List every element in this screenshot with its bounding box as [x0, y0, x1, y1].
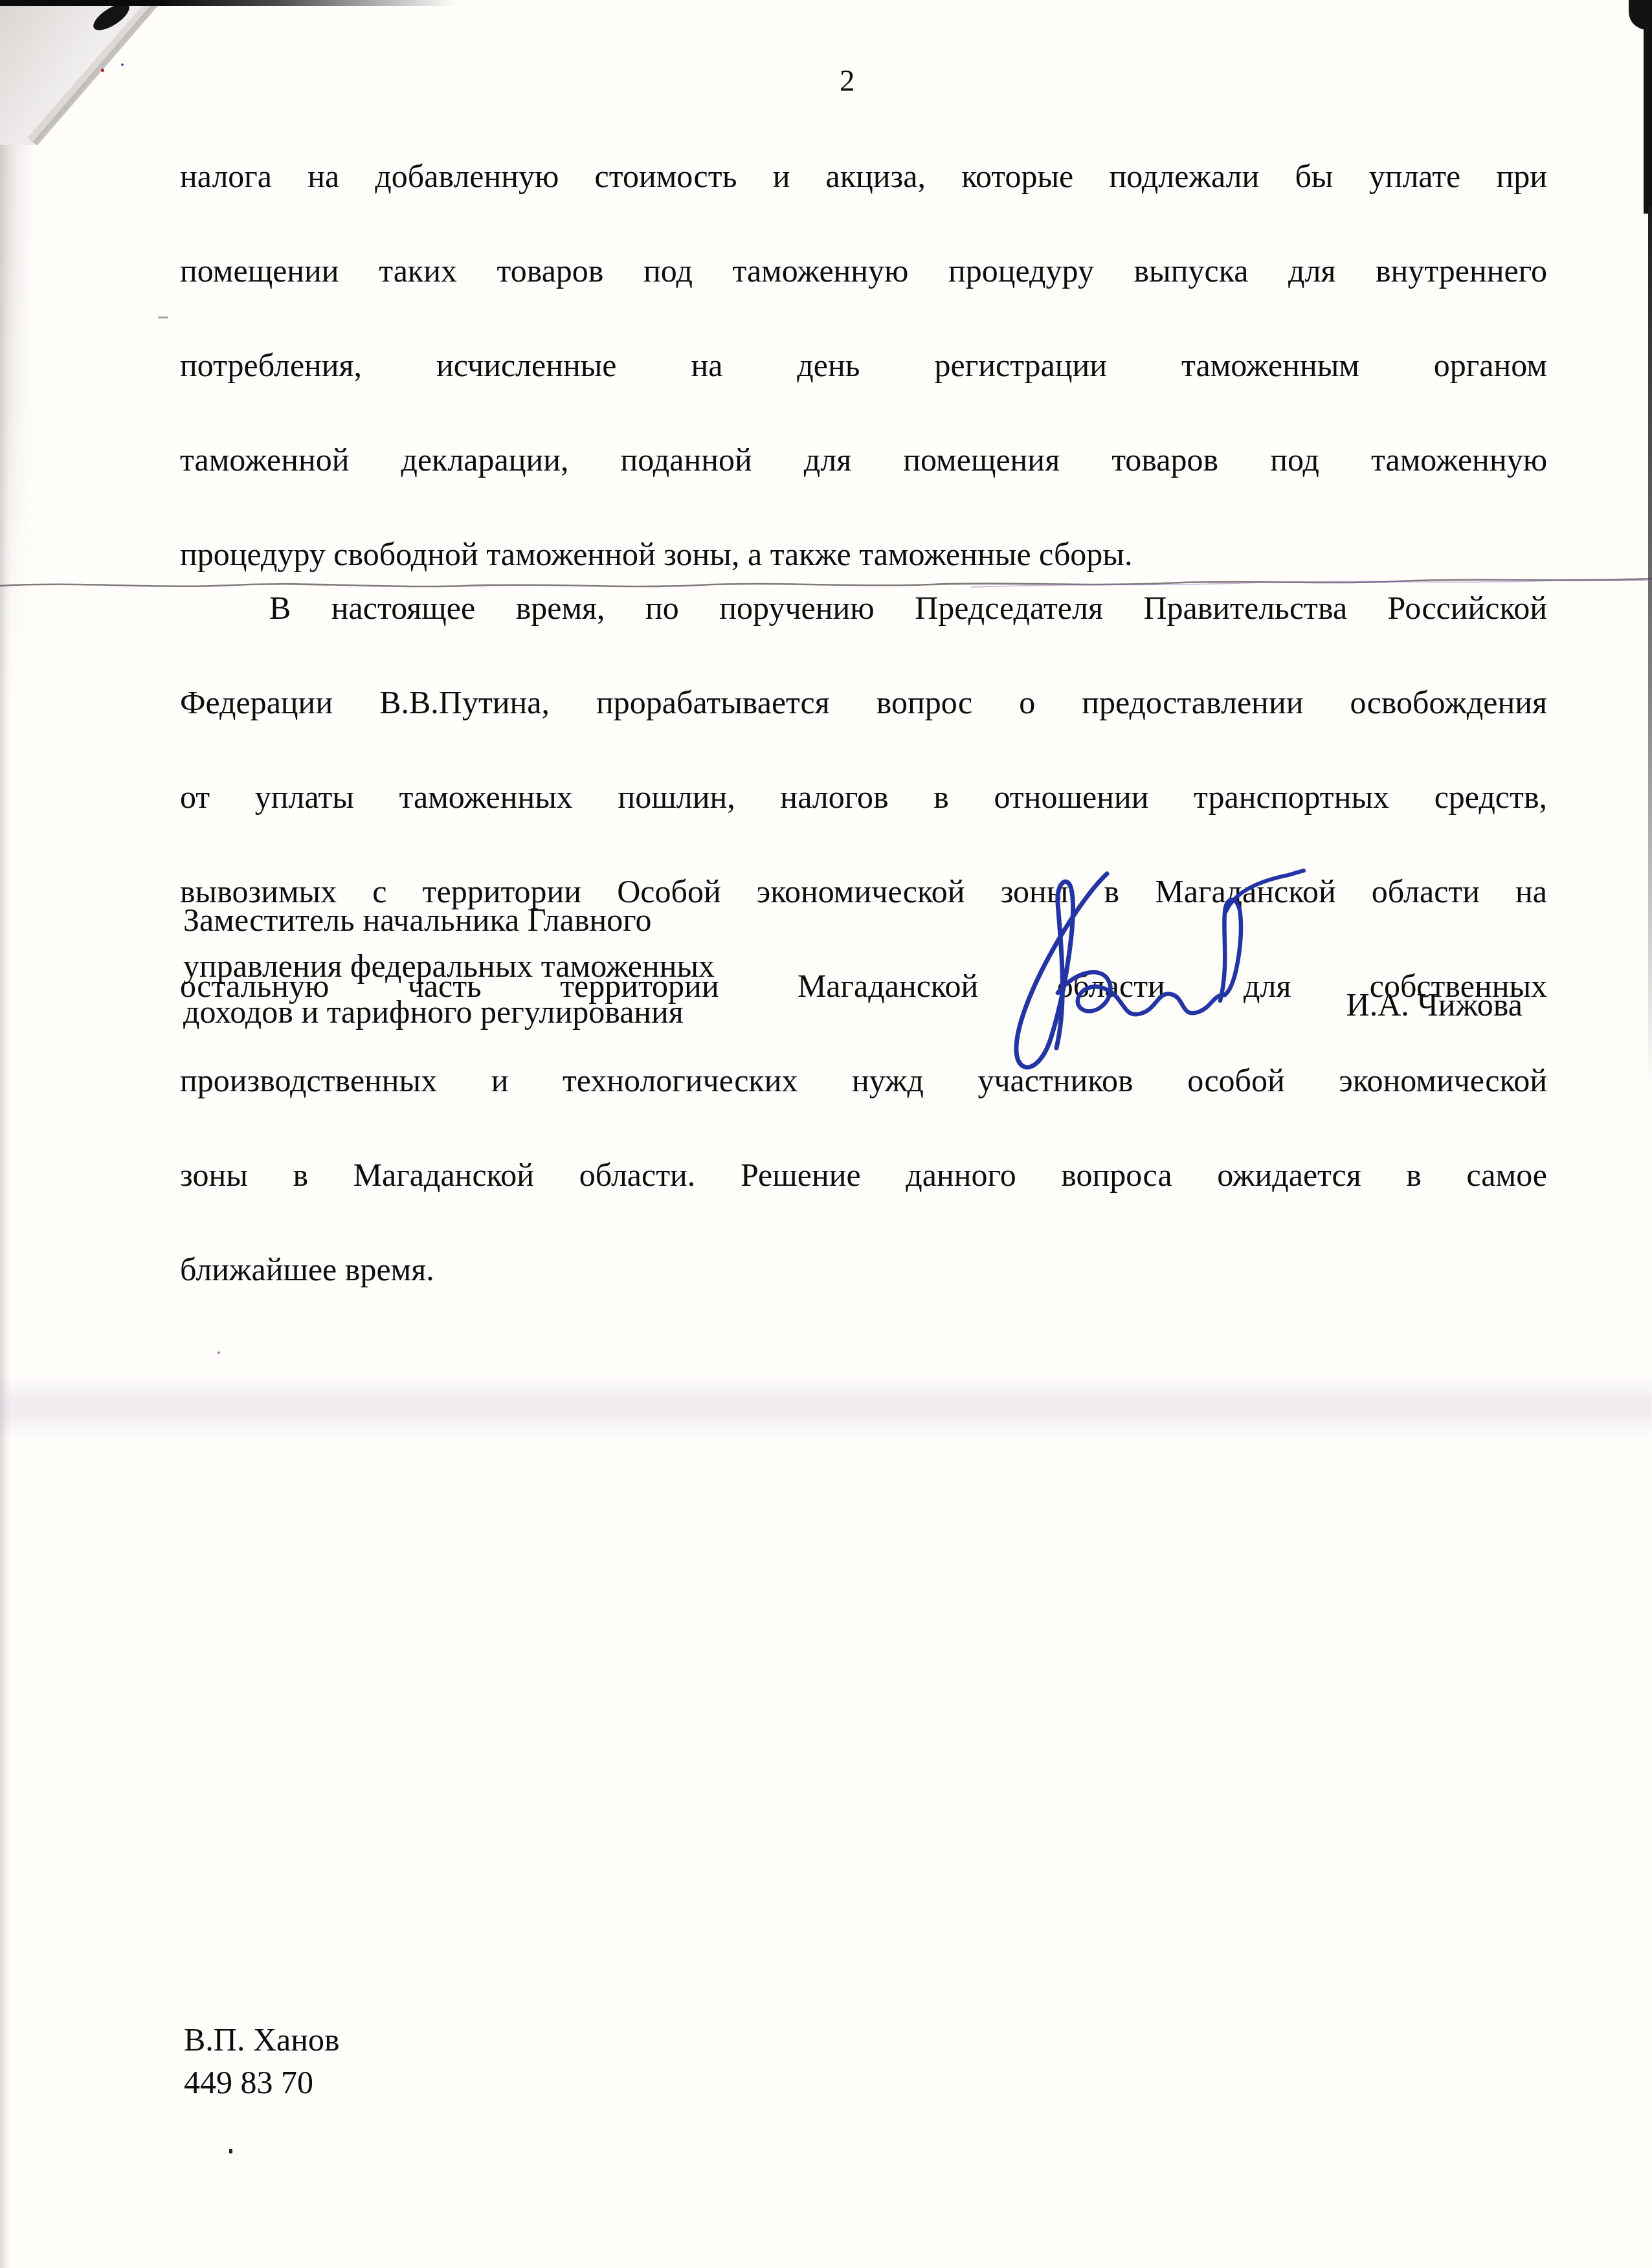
executor-name: В.П. Ханов: [184, 2018, 340, 2061]
executor-block: В.П. Ханов 449 83 70: [184, 2018, 340, 2104]
body-line: налога на добавленную стоимость и акциза…: [180, 153, 1547, 247]
signatory-title-line: доходов и тарифного регулирования: [183, 989, 715, 1035]
signatory-title: Заместитель начальника Главного управлен…: [183, 897, 715, 1035]
body-line: потребления, исчисленные на день регистр…: [180, 342, 1547, 436]
body-line: производственных и технологических нужд …: [180, 1057, 1547, 1151]
scanner-top-edge-line: [0, 0, 456, 6]
letter-body: налога на добавленную стоимость и акциза…: [180, 153, 1547, 1293]
signee-name: И.А. Чижова: [1346, 986, 1523, 1023]
paragraph-1: налога на добавленную стоимость и акциза…: [180, 153, 1547, 578]
body-line: помещении таких товаров под таможенную п…: [180, 247, 1547, 342]
scan-speck: [229, 2149, 232, 2153]
signature-ink: [979, 862, 1328, 1082]
scanned-letter-page-2: 2 налога на добавленную стоимость и акци…: [0, 0, 1652, 2268]
scan-speck: [158, 317, 168, 318]
scan-speck: [101, 69, 104, 72]
body-line: Федерации В.В.Путина, прорабатывается во…: [180, 679, 1547, 773]
scan-speck: [218, 1351, 220, 1354]
signatory-title-line: Заместитель начальника Главного: [183, 897, 715, 943]
scan-speck: [121, 63, 124, 66]
scanner-right-edge-fade: [1648, 207, 1652, 1087]
page-number: 2: [840, 63, 855, 98]
fold-crease-smudge: [0, 1376, 1652, 1438]
body-line: таможенной декларации, поданной для поме…: [180, 436, 1547, 531]
body-line: зоны в Магаданской области. Решение данн…: [180, 1151, 1547, 1246]
scanner-left-edge-shadow-upper: [0, 129, 35, 712]
fold-crease-line: [0, 568, 1652, 605]
body-line: ближайшее время.: [180, 1246, 1547, 1293]
body-line: от уплаты таможенных пошлин, налогов в о…: [180, 773, 1547, 868]
folded-corner-artifact: [0, 0, 170, 150]
scanner-right-edge-dark: [1644, 0, 1652, 214]
signatory-title-line: управления федеральных таможенных: [183, 943, 715, 989]
executor-phone: 449 83 70: [184, 2061, 340, 2104]
